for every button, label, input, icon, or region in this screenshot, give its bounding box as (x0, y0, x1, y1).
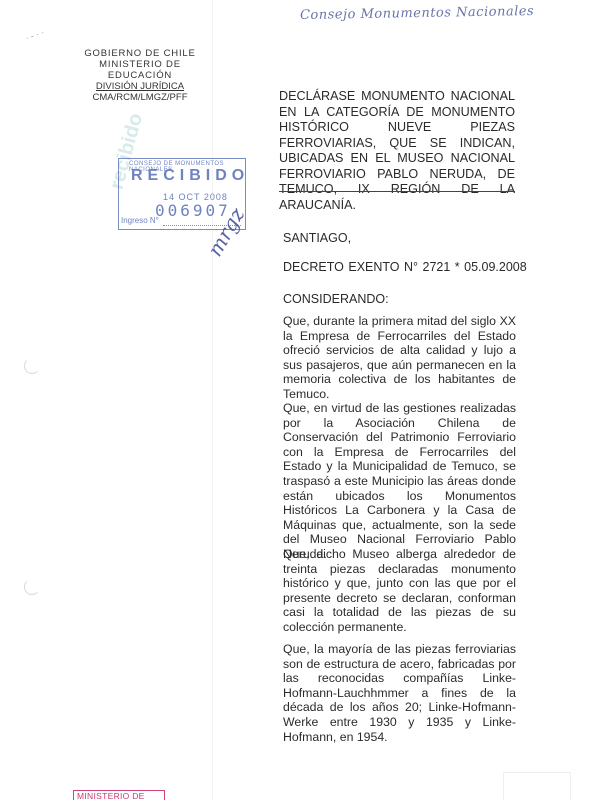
faint-stamp-mark (503, 772, 571, 800)
letterhead-initials: CMA/RCM/LMGZ/PFF (70, 92, 210, 103)
letterhead: GOBIERNO DE CHILE MINISTERIO DE EDUCACIÓ… (70, 48, 210, 103)
decree-number: DECRETO EXENTO N° 2721 * 05.09.2008 (283, 260, 527, 274)
punch-hole-mark (24, 358, 40, 374)
ministry-stamp: MINISTERIO DE EDUCACION (73, 790, 165, 800)
punch-hole-mark (24, 579, 40, 595)
handwritten-note: Consejo Monumentos Nacionales (300, 4, 534, 23)
place-line: SANTIAGO, (283, 231, 351, 245)
title-divider (279, 191, 515, 192)
letterhead-division: DIVISIÓN JURÍDICA (70, 81, 210, 92)
decree-title: DECLÁRASE MONUMENTO NACIONAL EN LA CATEG… (279, 89, 515, 213)
considering-heading: CONSIDERANDO: (283, 292, 389, 306)
stamp-ingreso-label: Ingreso N° (121, 216, 159, 225)
page-fold-line (212, 0, 213, 800)
paragraph: Que, en virtud de las gestiones realizad… (283, 401, 516, 562)
paragraph: Que, durante la primera mitad del siglo … (283, 314, 516, 402)
margin-marks: · - · · (24, 27, 46, 43)
letterhead-ministry: MINISTERIO DE EDUCACIÓN (70, 59, 210, 81)
paragraph: Que, dicho Museo alberga alrededor de tr… (283, 547, 516, 635)
letterhead-government: GOBIERNO DE CHILE (70, 48, 210, 59)
stamp-received-word: RECIBIDO (131, 167, 249, 185)
paragraph: Que, la mayoría de las piezas ferroviari… (283, 642, 516, 744)
